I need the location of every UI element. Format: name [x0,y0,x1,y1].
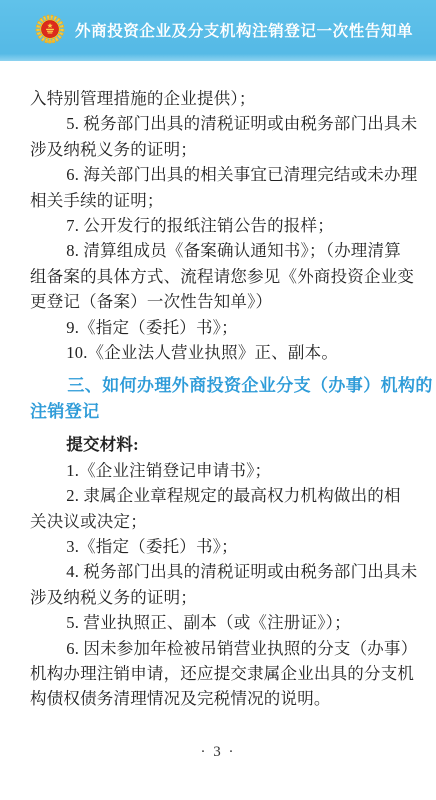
text-line: 5. 营业执照正、副本（或《注册证》）； [30,610,410,635]
text-line: 3.《指定（委托）书》； [30,534,410,559]
text-line: 更登记（备案）一次性告知单》） [30,289,410,314]
page-footer: · 3 · [0,744,436,761]
national-emblem-icon [34,14,66,46]
text-line: 机构办理注销申请，还应提交隶属企业出具的分支机 [30,661,410,686]
text-line: 组备案的具体方式、流程请您参见《外商投资企业变 [30,264,410,289]
notice-page: 外商投资企业及分支机构注销登记一次性告知单 入特别管理措施的企业提供）； 5. … [0,0,436,800]
page-body: 入特别管理措施的企业提供）； 5. 税务部门出具的清税证明或由税务部门出具未 涉… [0,61,436,712]
text-line: 6. 因未参加年检被吊销营业执照的分支（办事） [30,636,410,661]
text-line: 涉及纳税义务的证明； [30,585,410,610]
text-line: 5. 税务部门出具的清税证明或由税务部门出具未 [30,111,410,136]
section-heading-line: 注销登记 [30,399,410,424]
text-line: 涉及纳税义务的证明； [30,137,410,162]
text-line: 7. 公开发行的报纸注销公告的报样； [30,213,410,238]
materials-label: 提交材料: [30,432,410,457]
text-line: 6. 海关部门出具的相关事宜已清理完结或未办理 [30,162,410,187]
page-header: 外商投资企业及分支机构注销登记一次性告知单 [0,0,436,61]
page-number: · 3 · [201,744,236,760]
text-line: 2. 隶属企业章程规定的最高权力机构做出的相 [30,483,410,508]
text-line: 8. 清算组成员《备案确认通知书》；（办理清算 [30,238,410,263]
page-title: 外商投资企业及分支机构注销登记一次性告知单 [75,19,413,41]
section-heading: 三、如何办理外商投资企业分支（办事）机构的 注销登记 [30,373,410,424]
text-line: 入特别管理措施的企业提供）； [30,86,410,111]
text-line: 4. 税务部门出具的清税证明或由税务部门出具未 [30,559,410,584]
text-line: 10.《企业法人营业执照》正、副本。 [30,340,410,365]
text-line: 构债权债务清理情况及完税情况的说明。 [30,686,410,711]
text-line: 1.《企业注销登记申请书》； [30,458,410,483]
text-line: 相关手续的证明； [30,188,410,213]
text-line: 关决议或决定； [30,509,410,534]
text-line: 9.《指定（委托）书》； [30,315,410,340]
section-heading-line: 三、如何办理外商投资企业分支（办事）机构的 [30,373,410,398]
